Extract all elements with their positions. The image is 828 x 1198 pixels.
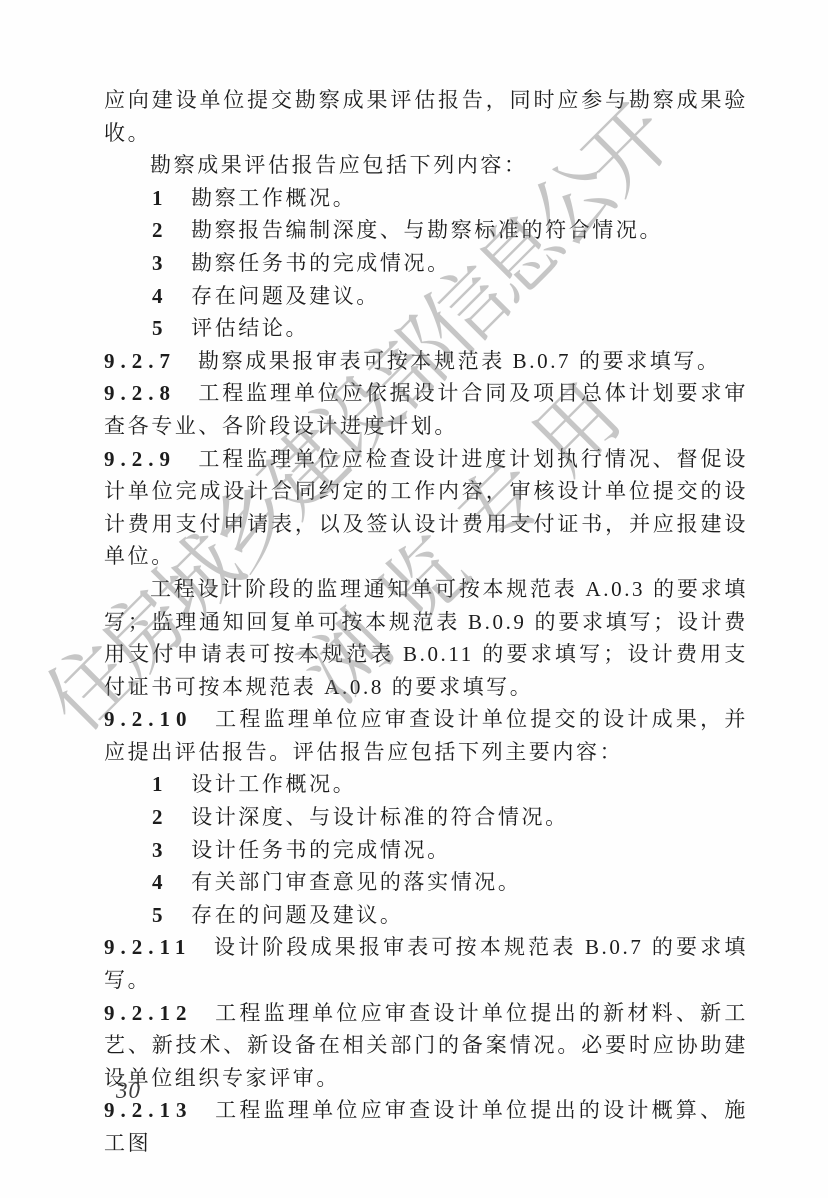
paragraph-text: 勘察成果报审表可按本规范表 B.0.7 的要求填写。 [198,349,721,373]
section-paragraph: 9.2.10工程监理单位应审查设计单位提交的设计成果，并应提出评估报告。评估报告… [104,703,748,768]
section-paragraph: 9.2.13工程监理单位应审查设计单位提出的设计概算、施工图 [104,1094,748,1159]
list-text: 勘察报告编制深度、与勘察标准的符合情况。 [191,218,663,242]
paragraph-text: 应向建设单位提交勘察成果评估报告，同时应参与勘察成果验收。 [104,88,748,145]
paragraph-text: 工程监理单位应审查设计单位提交的设计成果，并应提出评估报告。评估报告应包括下列主… [104,707,748,764]
paragraph: 勘察成果评估报告应包括下列内容： [104,149,748,182]
list-item: 2勘察报告编制深度、与勘察标准的符合情况。 [104,214,748,247]
paragraph-text: 工程监理单位应审查设计单位提出的设计概算、施工图 [104,1098,748,1155]
list-number: 1 [152,772,165,796]
paragraph-text: 工程设计阶段的监理通知单可按本规范表 A.0.3 的要求填写；监理通知回复单可按… [104,577,748,699]
section-number: 9.2.10 [104,707,193,731]
list-text: 勘察工作概况。 [191,186,356,210]
list-number: 1 [152,186,165,210]
list-text: 存在问题及建议。 [191,284,380,308]
section-paragraph: 9.2.8工程监理单位应依据设计合同及项目总体计划要求审查各专业、各阶段设计进度… [104,377,748,442]
list-number: 5 [152,316,165,340]
paragraph: 工程设计阶段的监理通知单可按本规范表 A.0.3 的要求填写；监理通知回复单可按… [104,573,748,703]
list-text: 设计任务书的完成情况。 [191,838,451,862]
paragraph-text: 工程监理单位应依据设计合同及项目总体计划要求审查各专业、各阶段设计进度计划。 [104,381,748,438]
list-number: 5 [152,903,165,927]
list-item: 5存在的问题及建议。 [104,899,748,932]
list-number: 2 [152,805,165,829]
list-item: 1设计工作概况。 [104,768,748,801]
paragraph-text: 工程监理单位应审查设计单位提出的新材料、新工艺、新技术、新设备在相关部门的备案情… [104,1001,748,1090]
page-number: 30 [116,1078,141,1104]
list-item: 4存在问题及建议。 [104,280,748,313]
paragraph-text: 设计阶段成果报审表可按本规范表 B.0.7 的要求填写。 [104,935,748,992]
paragraph-text: 勘察成果评估报告应包括下列内容： [150,153,528,177]
section-number: 9.2.8 [104,381,176,405]
list-item: 4有关部门审查意见的落实情况。 [104,866,748,899]
list-number: 4 [152,284,165,308]
list-text: 有关部门审查意见的落实情况。 [191,870,521,894]
list-text: 评估结论。 [191,316,309,340]
list-number: 3 [152,838,165,862]
section-paragraph: 9.2.7勘察成果报审表可按本规范表 B.0.7 的要求填写。 [104,345,748,378]
section-number: 9.2.9 [104,447,176,471]
section-number: 9.2.12 [104,1001,193,1025]
list-number: 4 [152,870,165,894]
section-number: 9.2.11 [104,935,191,959]
section-number: 9.2.7 [104,349,176,373]
section-paragraph: 9.2.12工程监理单位应审查设计单位提出的新材料、新工艺、新技术、新设备在相关… [104,997,748,1095]
list-item: 2设计深度、与设计标准的符合情况。 [104,801,748,834]
list-number: 2 [152,218,165,242]
list-item: 5评估结论。 [104,312,748,345]
list-text: 设计工作概况。 [191,772,356,796]
section-paragraph: 9.2.9工程监理单位应检查设计进度计划执行情况、督促设计单位完成设计合同约定的… [104,443,748,573]
paragraph-text: 工程监理单位应检查设计进度计划执行情况、督促设计单位完成设计合同约定的工作内容，… [104,447,748,569]
page-content: 应向建设单位提交勘察成果评估报告，同时应参与勘察成果验收。勘察成果评估报告应包括… [104,84,748,1160]
list-text: 存在的问题及建议。 [191,903,403,927]
list-item: 3勘察任务书的完成情况。 [104,247,748,280]
section-paragraph: 9.2.11设计阶段成果报审表可按本规范表 B.0.7 的要求填写。 [104,931,748,996]
document-page: 住房城乡建设部信息公开 浏览专用 应向建设单位提交勘察成果评估报告，同时应参与勘… [0,0,828,1198]
list-text: 设计深度、与设计标准的符合情况。 [191,805,569,829]
list-item: 3设计任务书的完成情况。 [104,834,748,867]
paragraph: 应向建设单位提交勘察成果评估报告，同时应参与勘察成果验收。 [104,84,748,149]
list-number: 3 [152,251,165,275]
list-item: 1勘察工作概况。 [104,182,748,215]
list-text: 勘察任务书的完成情况。 [191,251,451,275]
